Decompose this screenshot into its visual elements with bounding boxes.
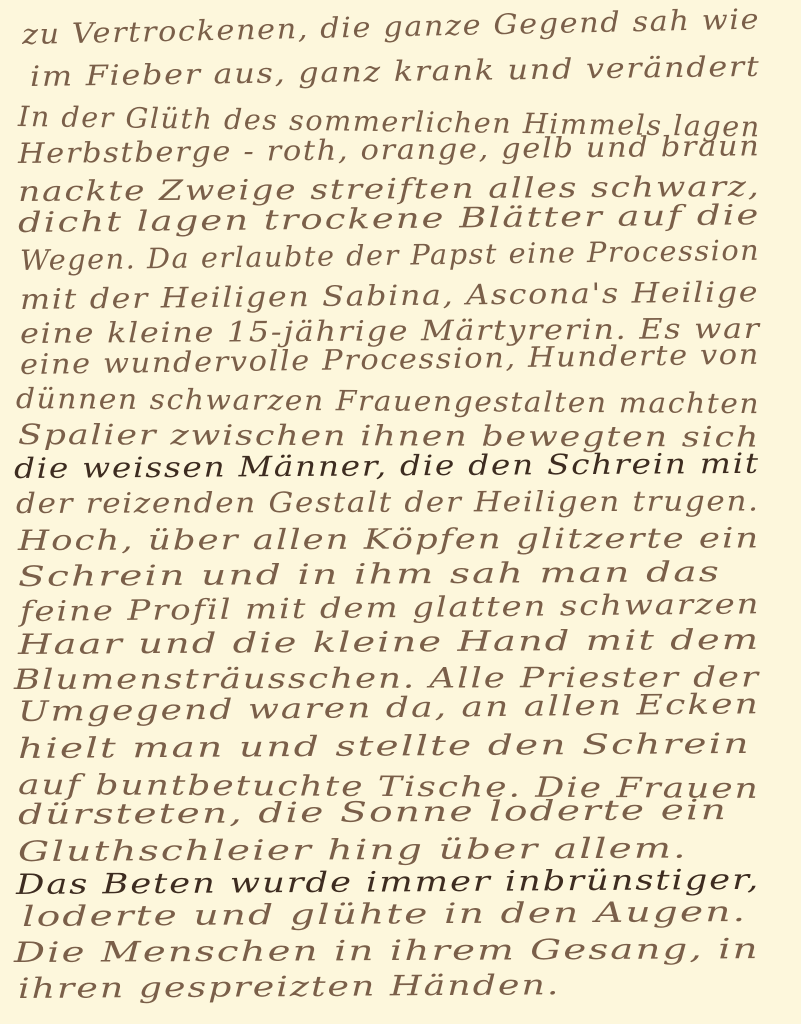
handwritten-line: zu Vertrockenen, die ganze Gegend sah wi… bbox=[22, 3, 761, 51]
handwritten-line: Wegen. Da erlaubte der Papst eine Proces… bbox=[20, 234, 761, 277]
handwritten-line: dicht lagen trockene Blätter auf die bbox=[18, 198, 761, 239]
handwritten-line: Gluthschleier hing über allem. bbox=[18, 831, 688, 868]
handwritten-line: dünnen schwarzen Frauengestalten machten bbox=[16, 382, 760, 420]
handwritten-line: mit der Heiligen Sabina, Ascona's Heilig… bbox=[20, 275, 760, 316]
handwritten-line: loderte und glühte in den Augen. bbox=[22, 895, 747, 933]
handwritten-line: hielt man und stellte den Schrein bbox=[18, 727, 751, 765]
handwritten-line: die weissen Männer, die den Schrein mit bbox=[14, 447, 760, 485]
handwritten-line: Die Menschen in ihrem Gesang, in bbox=[14, 932, 760, 969]
handwritten-line: dürsteten, die Sonne loderte ein bbox=[18, 793, 728, 831]
handwritten-line: Haar und die kleine Hand mit dem bbox=[18, 623, 760, 661]
handwritten-line: Schrein und in ihm sah man das bbox=[18, 555, 721, 593]
handwritten-line: ihren gespreizten Händen. bbox=[18, 968, 561, 1005]
handwritten-letter-page: zu Vertrockenen, die ganze Gegend sah wi… bbox=[0, 0, 801, 1024]
handwritten-line: der reizenden Gestalt der Heiligen truge… bbox=[16, 484, 760, 520]
handwritten-line: Herbstberge - roth, orange, gelb und bra… bbox=[18, 129, 761, 170]
handwritten-line: im Fieber aus, ganz krank und verändert bbox=[30, 50, 761, 93]
handwritten-line: Umgegend waren da, an allen Ecken bbox=[18, 687, 760, 728]
handwritten-line: Hoch, über allen Köpfen glitzerte ein bbox=[18, 521, 760, 557]
handwritten-line: feine Profil mit dem glatten schwarzen bbox=[20, 587, 761, 628]
